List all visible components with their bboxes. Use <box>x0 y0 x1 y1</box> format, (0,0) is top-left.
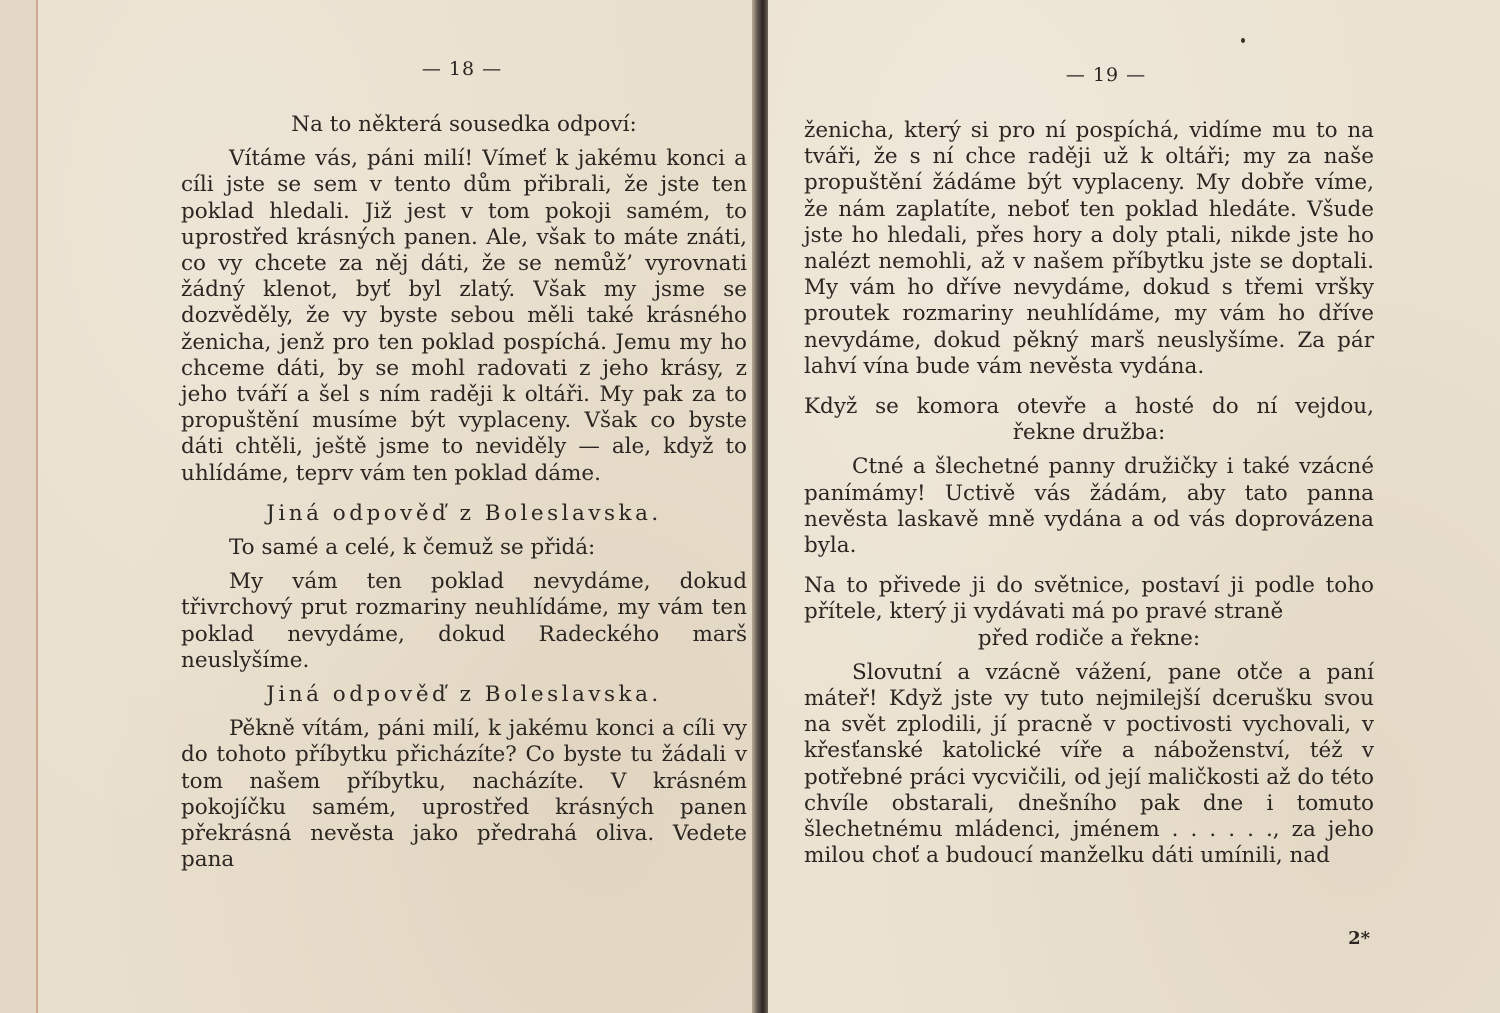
page-stack-edge <box>0 0 36 1013</box>
speech-paragraph: Vítáme vás, páni milí! Vímeť k jakému ko… <box>181 146 747 487</box>
left-page-text: Na to některá sousedka odpoví: Vítáme vá… <box>181 112 747 873</box>
stage-direction: řekne družba: <box>804 420 1374 446</box>
speech-paragraph: My vám ten poklad nevydáme, dokud třivrc… <box>181 569 747 674</box>
left-page: — 18 — Na to některá sousedka odpoví: Ví… <box>0 0 755 1013</box>
ink-speck <box>1241 38 1245 43</box>
stage-direction: Na to přivede ji do světnice, postaví ji… <box>804 573 1374 625</box>
stage-direction: Na to některá sousedka odpoví: <box>181 112 747 138</box>
speech-paragraph: Pěkně vítám, páni milí, k jakému konci a… <box>181 716 747 873</box>
book-spread: — 18 — Na to některá sousedka odpoví: Ví… <box>0 0 1500 1013</box>
speech-paragraph: ženicha, který si pro ní pospíchá, vidím… <box>804 118 1374 380</box>
speech-paragraph: Ctné a šlechetné panny družičky i také v… <box>804 454 1374 559</box>
stage-direction: před rodiče a řekne: <box>804 626 1374 652</box>
signature-mark: 2* <box>1348 928 1370 949</box>
right-page-text: ženicha, který si pro ní pospíchá, vidím… <box>804 118 1374 869</box>
stage-direction: To samé a celé, k čemuž se přidá: <box>181 535 747 561</box>
page-number-right: — 19 — <box>1006 64 1206 86</box>
section-heading: Jiná odpověď z Boleslavska. <box>181 501 747 527</box>
stage-direction: Když se komora otevře a hosté do ní vejd… <box>804 394 1374 420</box>
section-heading: Jiná odpověď z Boleslavska. <box>181 682 747 708</box>
page-number-left: — 18 — <box>362 58 562 80</box>
speech-paragraph: Slovutní a vzácně vážení, pane otče a pa… <box>804 660 1374 870</box>
page-edge-line <box>36 0 38 1013</box>
